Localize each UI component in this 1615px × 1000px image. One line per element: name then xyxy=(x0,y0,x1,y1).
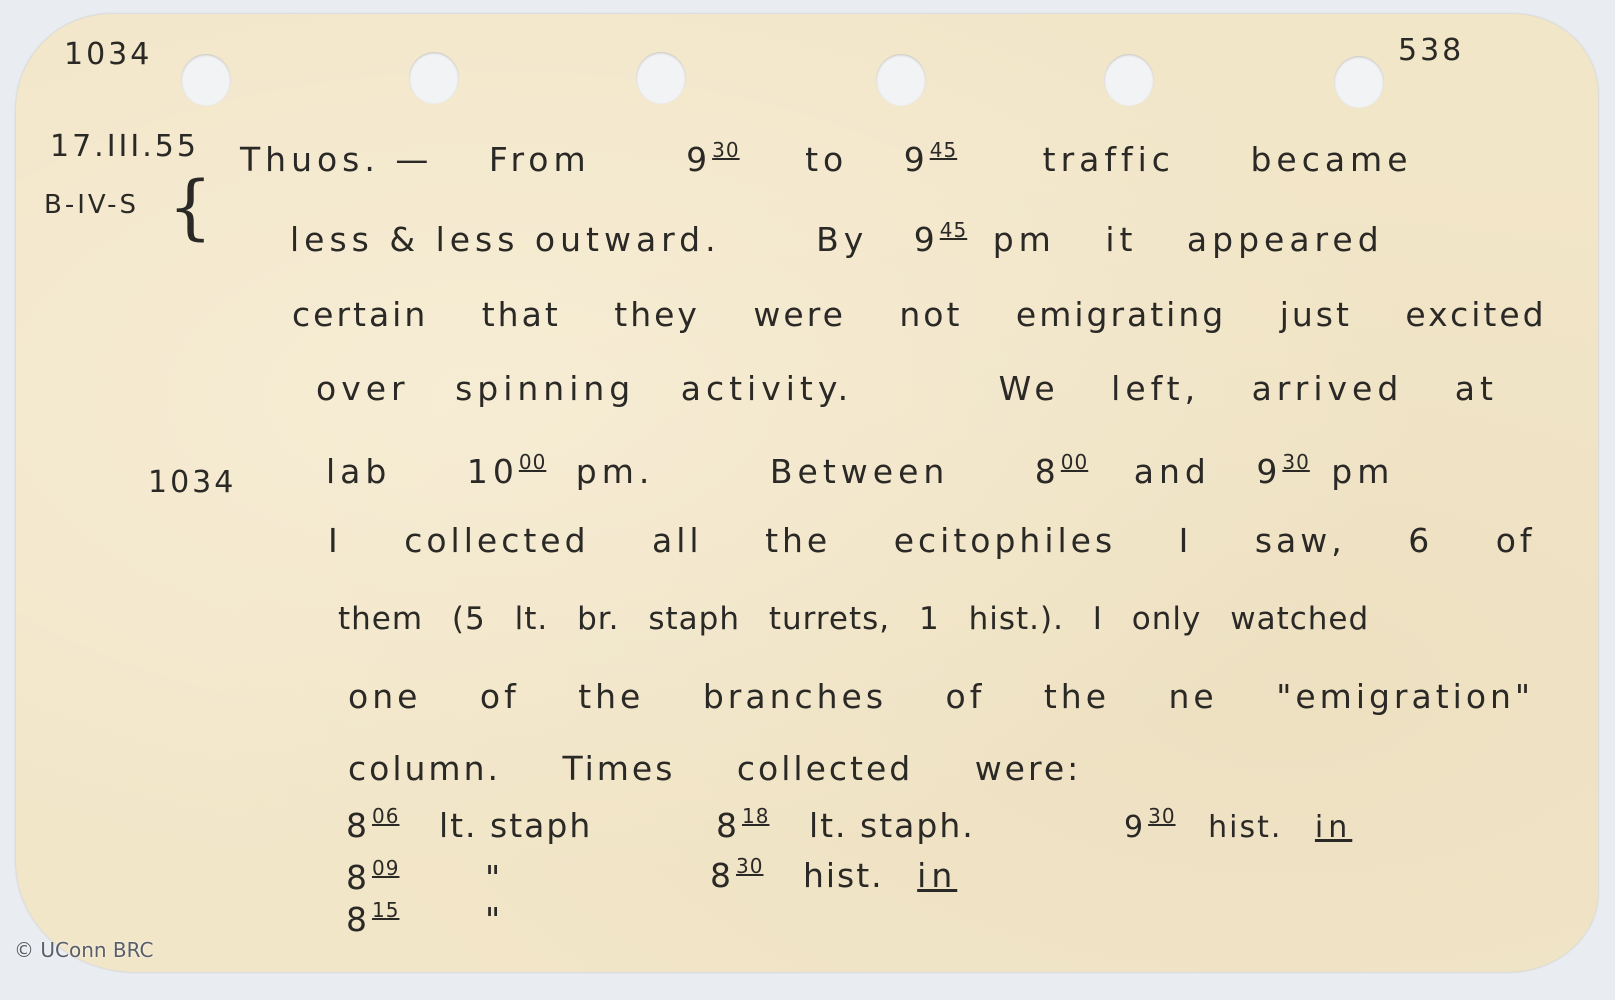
text-span: Thuos. — xyxy=(240,140,433,179)
punch-hole xyxy=(1104,54,1154,106)
note-line-2: less & less outward. By 945 pm it appear… xyxy=(290,220,1384,256)
collection-entry: 809 " xyxy=(346,858,505,894)
text-span: traffic became xyxy=(1043,140,1413,179)
text-span: lab xyxy=(326,452,391,491)
time-930-pm: 930 xyxy=(1256,452,1309,491)
note-line-3: certain that they were not emigrating ju… xyxy=(292,298,1547,331)
text-span: pm it appeared xyxy=(993,220,1384,259)
brace-icon: { xyxy=(168,172,213,242)
note-line-8: one of the branches of the ne "emigratio… xyxy=(348,680,1534,713)
text-span: We left, arrived at xyxy=(999,369,1498,408)
copyright-notice: © UConn BRC xyxy=(14,938,154,962)
collection-entry: 930 hist. in xyxy=(1124,806,1352,843)
text-span: over spinning activity. xyxy=(316,369,853,408)
punch-hole xyxy=(181,54,231,106)
text-span: pm xyxy=(1331,452,1394,491)
catalog-number: 1034 xyxy=(64,40,152,70)
text-span: From xyxy=(489,140,591,179)
note-line-7: them (5 lt. br. staph turrets, 1 hist.).… xyxy=(338,604,1369,635)
punch-hole xyxy=(636,52,686,104)
entry-date: 17.III.55 xyxy=(50,132,199,162)
collection-entry: 815 " xyxy=(346,900,505,936)
time-945: 945 xyxy=(904,140,957,179)
location-code: B-IV-S xyxy=(44,192,139,218)
text-span: Between xyxy=(770,452,949,491)
time-945-pm: 945 xyxy=(914,220,967,259)
note-line-5: lab 1000 pm. Between 800 and 930 pm xyxy=(326,452,1394,488)
text-span: and xyxy=(1134,452,1211,491)
note-line-9: column. Times collected were: xyxy=(348,752,1081,785)
note-line-4: over spinning activity. We left, arrived… xyxy=(316,372,1498,405)
time-800: 800 xyxy=(1035,452,1088,491)
text-span: pm. xyxy=(576,452,655,491)
punch-hole xyxy=(876,54,926,106)
punch-hole xyxy=(1334,56,1384,108)
page-number: 538 xyxy=(1398,36,1464,66)
time-1000: 1000 xyxy=(467,452,546,491)
collection-entry: 806 lt. staph xyxy=(346,806,592,842)
margin-number: 1034 xyxy=(148,468,236,498)
note-line-1: Thuos. — From 930 to 945 traffic became xyxy=(240,140,1413,176)
text-span: less & less outward. xyxy=(290,220,721,259)
time-930: 930 xyxy=(686,140,739,179)
punch-hole xyxy=(409,52,459,104)
text-span: By xyxy=(816,220,868,259)
collection-entry: 830 hist. in xyxy=(710,856,957,892)
note-line-6: I collected all the ecitophiles I saw, 6… xyxy=(328,524,1536,557)
text-span: to xyxy=(805,140,848,179)
collection-entry: 818 lt. staph. xyxy=(716,806,975,842)
